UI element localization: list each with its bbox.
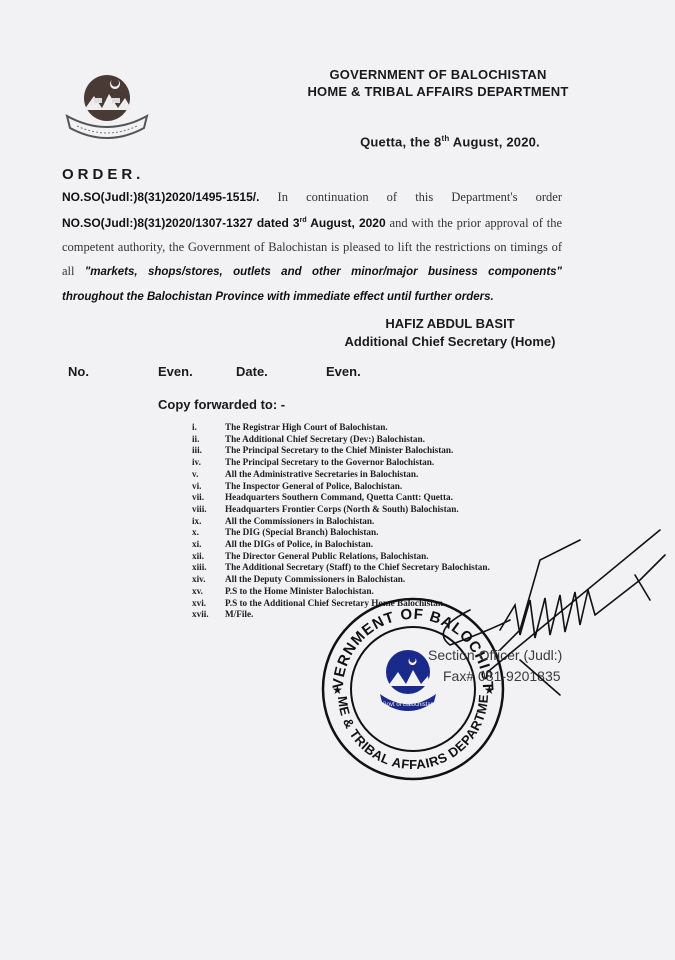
copy-forwarded-item-text: All the Commissioners in Balochistan. [225, 516, 374, 528]
signatory-title: Additional Chief Secretary (Home) [330, 334, 570, 349]
copy-forwarded-item-number: iv. [192, 457, 225, 469]
copy-forwarded-item-text: All the DIGs of Police, in Balochistan. [225, 539, 373, 551]
copy-forwarded-item-number: i. [192, 422, 225, 434]
copy-forwarded-title: Copy forwarded to: - [158, 397, 285, 412]
order-emphasis: "markets, shops/stores, outlets and othe… [62, 266, 562, 303]
ref-no-value: Even. [158, 364, 193, 379]
copy-forwarded-item: iv.The Principal Secretary to the Govern… [192, 457, 490, 469]
prev-ref-date: August, 2020 [307, 216, 386, 230]
copy-forwarded-item-number: xv. [192, 586, 225, 598]
header-government: GOVERNMENT OF BALOCHISTAN [300, 66, 576, 83]
copy-forwarded-item: i.The Registrar High Court of Balochista… [192, 422, 490, 434]
prev-ref-text: NO.SO(Judl:)8(31)2020/1307-1327 dated 3 [62, 216, 300, 230]
ref-date-label: Date. [236, 364, 268, 379]
copy-forwarded-item: viii.Headquarters Frontier Corps (North … [192, 504, 490, 516]
signatory-name: HAFIZ ABDUL BASIT [330, 316, 570, 331]
order-prev-ref: NO.SO(Judl:)8(31)2020/1307-1327 dated 3r… [62, 216, 386, 230]
copy-forwarded-item: vi.The Inspector General of Police, Balo… [192, 481, 490, 493]
copy-forwarded-item-number: vi. [192, 481, 225, 493]
place-date-suffix: August, 2020. [449, 134, 539, 149]
balochistan-emblem-logo [62, 68, 152, 146]
copy-forwarded-item: vii.Headquarters Southern Command, Quett… [192, 492, 490, 504]
copy-forwarded-item-text: The Principal Secretary to the Chief Min… [225, 445, 453, 457]
ref-no-label: No. [68, 364, 89, 379]
place-date-prefix: Quetta, the 8 [360, 134, 441, 149]
handwritten-signature [370, 520, 670, 740]
copy-forwarded-item-number: xiii. [192, 562, 225, 574]
order-body: NO.SO(Judl:)8(31)2020/1495-1515/. In con… [62, 185, 562, 309]
copy-forwarded-item-number: v. [192, 469, 225, 481]
copy-forwarded-item-text: M/File. [225, 609, 253, 621]
copy-forwarded-item: ii.The Additional Chief Secretary (Dev:)… [192, 434, 490, 446]
copy-forwarded-item: iii.The Principal Secretary to the Chief… [192, 445, 490, 457]
copy-forwarded-item-number: xiv. [192, 574, 225, 586]
copy-forwarded-item-text: Headquarters Frontier Corps (North & Sou… [225, 504, 459, 516]
copy-forwarded-item-number: xi. [192, 539, 225, 551]
order-text-1: In continuation of this Department's ord… [259, 190, 562, 204]
copy-forwarded-item-number: ix. [192, 516, 225, 528]
place-date: Quetta, the 8th August, 2020. [340, 130, 560, 150]
copy-forwarded-item: v.All the Administrative Secretaries in … [192, 469, 490, 481]
prev-ref-sup: rd [300, 217, 307, 224]
header-department: HOME & TRIBAL AFFAIRS DEPARTMENT [300, 83, 576, 100]
copy-forwarded-item-text: The Inspector General of Police, Balochi… [225, 481, 402, 493]
copy-forwarded-item-number: vii. [192, 492, 225, 504]
copy-forwarded-item-number: xvii. [192, 609, 225, 621]
copy-forwarded-item-text: The Principal Secretary to the Governor … [225, 457, 434, 469]
copy-forwarded-item-text: Headquarters Southern Command, Quetta Ca… [225, 492, 453, 504]
copy-forwarded-item-text: The Registrar High Court of Balochistan. [225, 422, 388, 434]
order-ref-no: NO.SO(Judl:)8(31)2020/1495-1515/. [62, 190, 259, 204]
copy-forwarded-item-number: xvi. [192, 598, 225, 610]
copy-forwarded-item-text: All the Administrative Secretaries in Ba… [225, 469, 418, 481]
copy-forwarded-item-text: The DIG (Special Branch) Balochistan. [225, 527, 378, 539]
copy-forwarded-item-number: viii. [192, 504, 225, 516]
copy-forwarded-item-text: The Additional Chief Secretary (Dev:) Ba… [225, 434, 425, 446]
copy-forwarded-item-number: xii. [192, 551, 225, 563]
copy-forwarded-item-number: x. [192, 527, 225, 539]
ref-date-value: Even. [326, 364, 361, 379]
order-title: ORDER. [62, 166, 144, 183]
copy-forwarded-item-number: ii. [192, 434, 225, 446]
svg-text:★: ★ [332, 683, 343, 697]
copy-forwarded-item-number: iii. [192, 445, 225, 457]
